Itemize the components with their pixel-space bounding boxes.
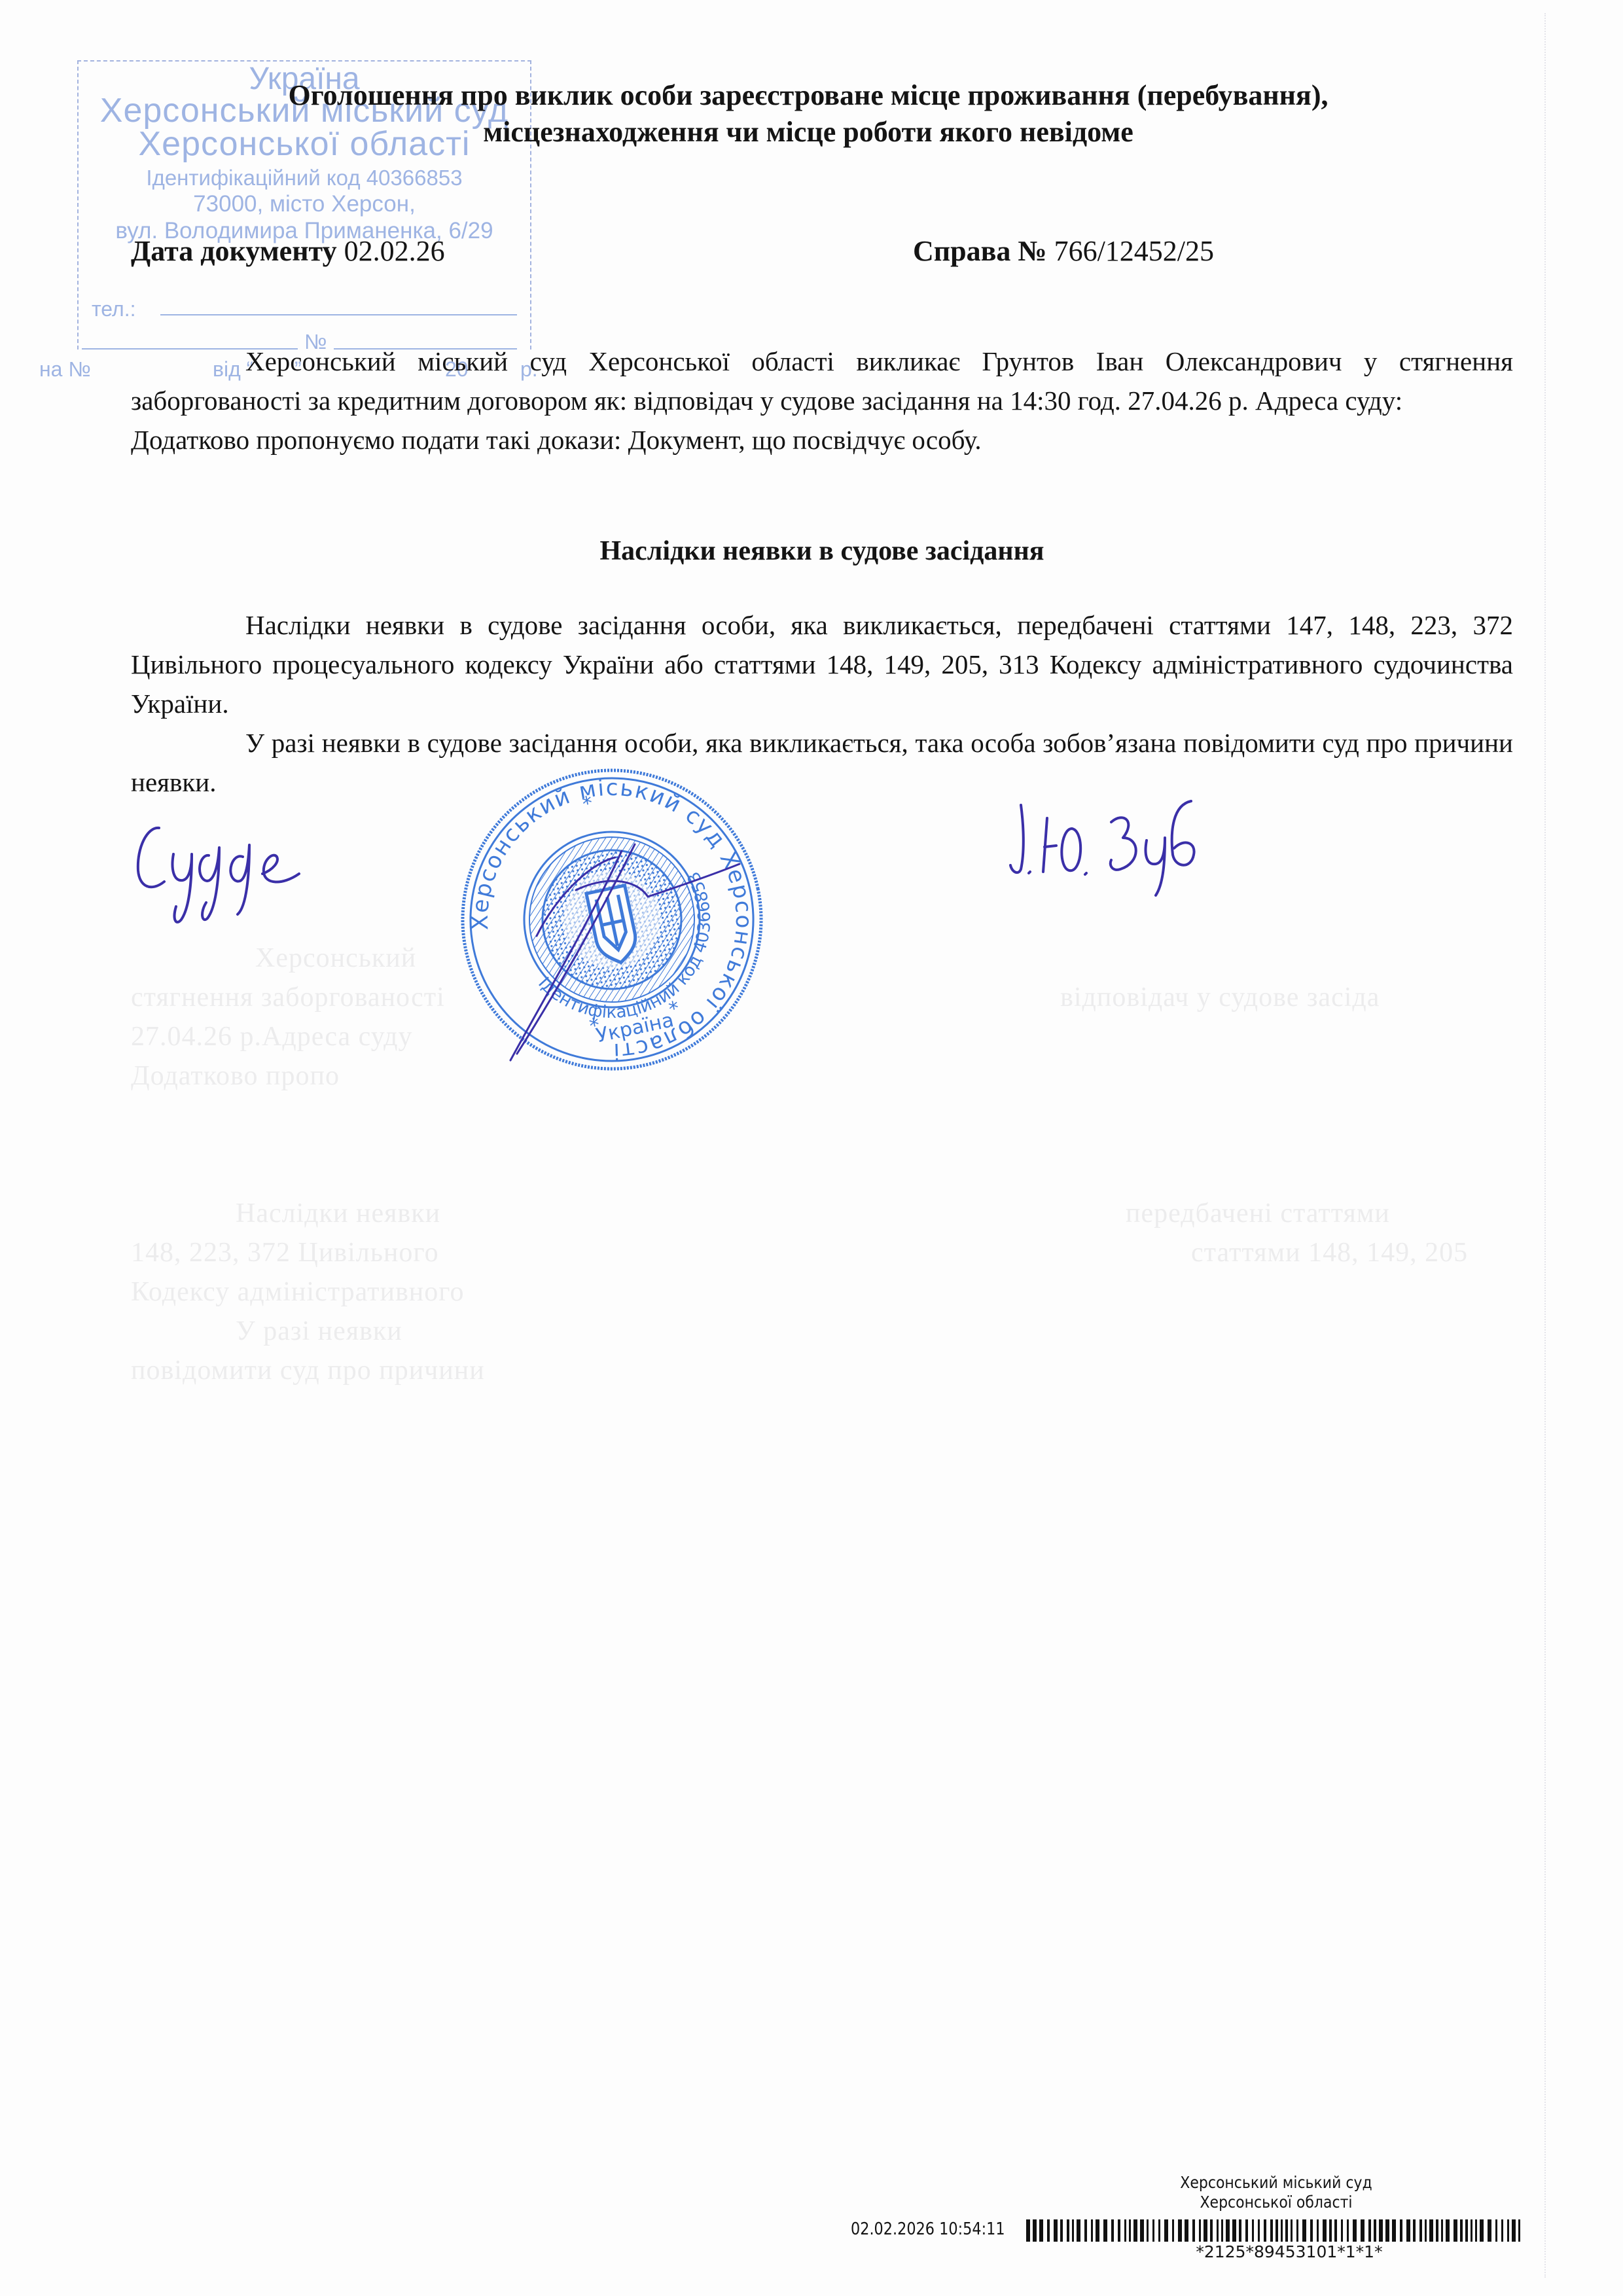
stamp-blank-line	[160, 314, 517, 315]
stamp-ref-prefix: на №	[39, 357, 91, 382]
show-through-text: відповідач у судове засіда	[1060, 982, 1380, 1013]
footer-court-line-2: Херсонської області	[1103, 2193, 1449, 2212]
show-through-text: Херсонський	[255, 942, 416, 974]
footer-court-line-1: Херсонський міський суд	[1103, 2173, 1449, 2193]
title-line-1: Оголошення про виклик особи зареєстрован…	[170, 77, 1446, 114]
stamp-id-code: Ідентифікаційний код 40366853	[79, 165, 530, 191]
title-line-2: місцезнаходження чи місце роботи якого н…	[170, 114, 1446, 151]
document-barcode	[1026, 2219, 1524, 2242]
show-through-text: передбачені статтями	[1126, 1198, 1390, 1229]
scan-page-edge	[1544, 13, 1546, 2278]
handwritten-name-signature	[1001, 792, 1237, 903]
consequences-section: Наслідки неявки в судове засідання особи…	[131, 605, 1513, 802]
stamp-tel-label: тел.:	[92, 297, 135, 321]
show-through-text: Кодексу адміністративного	[131, 1276, 464, 1308]
show-through-text: Додатково пропо	[131, 1060, 340, 1092]
case-number-value: 766/12452/25	[1054, 235, 1214, 267]
barcode-text: *2125*89453101*1*1*	[1165, 2242, 1414, 2261]
document-date-label: Дата документу	[131, 235, 337, 267]
document-date-value: 02.02.26	[344, 235, 445, 267]
consequences-paragraph-1: Наслідки неявки в судове засідання особи…	[131, 605, 1513, 723]
consequences-heading: Наслідки неявки в судове засідання	[131, 535, 1513, 567]
document-title: Оголошення про виклик особи зареєстрован…	[170, 77, 1446, 151]
footer-court-name: Херсонський міський суд Херсонської обла…	[1103, 2173, 1449, 2212]
show-through-text: стягнення заборгованості	[131, 982, 445, 1013]
show-through-text: Наслідки неявки	[236, 1198, 440, 1229]
case-number: Справа № 766/12452/25	[913, 234, 1214, 268]
summons-section: Херсонський міський суд Херсонської обла…	[131, 342, 1513, 459]
stamp-city: 73000, місто Херсон,	[79, 191, 530, 217]
footer-timestamp: 02.02.2026 10:54:11	[851, 2219, 1005, 2239]
summons-paragraph: Херсонський міський суд Херсонської обла…	[131, 342, 1513, 420]
show-through-text: повідомити суд про причини	[131, 1355, 485, 1386]
show-through-text: У разі неявки	[236, 1316, 402, 1347]
consequences-paragraph-2: У разі неявки в судове засідання особи, …	[131, 723, 1513, 802]
handwritten-role-signature	[128, 808, 337, 933]
case-number-label: Справа №	[913, 235, 1047, 267]
show-through-text: 148, 223, 372 Цивільного	[131, 1237, 439, 1268]
show-through-text: статтями 148, 149, 205	[1191, 1237, 1468, 1268]
document-date: Дата документу 02.02.26	[131, 234, 445, 268]
show-through-text: 27.04.26 р.Адреса суду	[131, 1021, 413, 1052]
official-seal: Херсонський міський суд Херсонської обла…	[458, 766, 766, 1073]
evidence-paragraph: Додатково пропонуємо подати такі докази:…	[131, 420, 1513, 459]
